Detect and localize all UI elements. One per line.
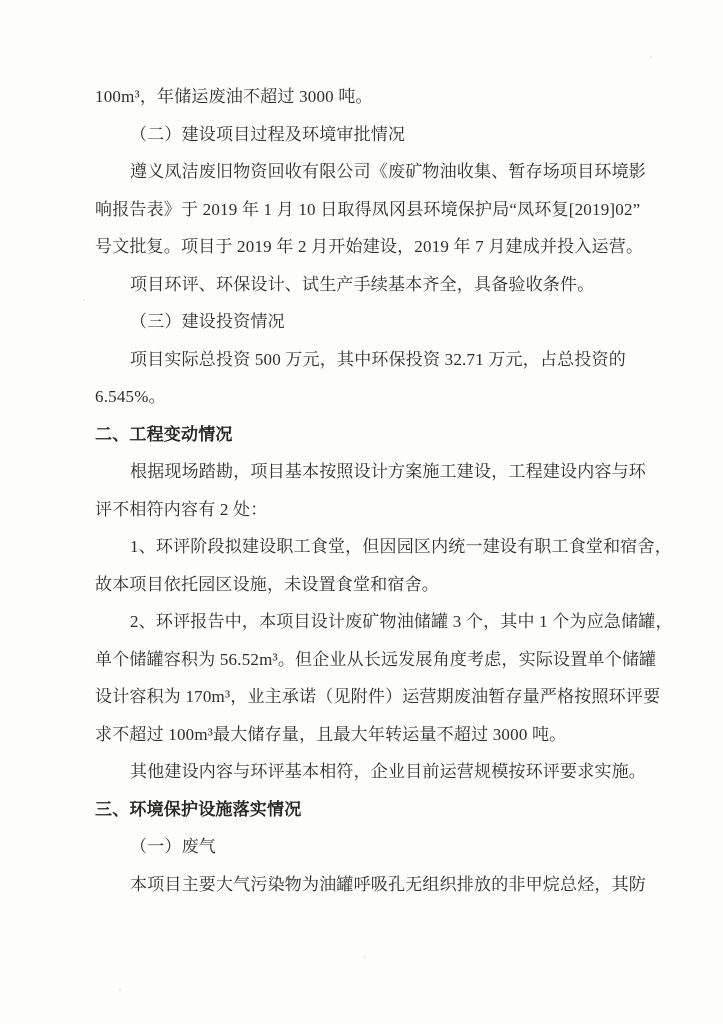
- doc-line-change-2: 2、环评报告中，本项目设计废矿物油储罐 3 个，其中 1 个为应急储罐，: [95, 603, 657, 641]
- doc-line-acceptance-conditions: 项目环评、环保设计、试生产手续基本齐全，具备验收条件。: [95, 266, 657, 304]
- doc-line-change-2-cont-3: 求不超过 100m³最大储存量，且最大年转运量不超过 3000 吨。: [95, 716, 657, 754]
- subheading-construction-process: （二）建设项目过程及环境审批情况: [95, 116, 657, 154]
- doc-line-investment-percent: 6.545%。: [95, 378, 657, 416]
- doc-line-change-2-cont-2: 设计容积为 170m³，业主承诺（见附件）运营期废油暂存量严格按照环评要: [95, 678, 657, 716]
- doc-line-change-2-cont-1: 单个储罐容积为 56.52m³。但企业从长远发展角度考虑，实际设置单个储罐: [95, 641, 657, 679]
- heading-env-protection-facilities: 三、环境保护设施落实情况: [95, 791, 657, 829]
- doc-line-site-survey: 根据现场踏勘，项目基本按照设计方案施工建设，工程建设内容与环: [95, 453, 657, 491]
- document-content: 100m³，年储运废油不超过 3000 吨。 （二）建设项目过程及环境审批情况 …: [95, 78, 657, 903]
- doc-line-approval-date: 响报告表》于 2019 年 1 月 10 日取得凤冈县环境保护局“凤环复[201…: [95, 191, 657, 229]
- scanned-document-page: 100m³，年储运废油不超过 3000 吨。 （二）建设项目过程及环境审批情况 …: [0, 0, 723, 1024]
- doc-line-storage-limit: 100m³，年储运废油不超过 3000 吨。: [95, 78, 657, 116]
- subheading-investment: （三）建设投资情况: [95, 303, 657, 341]
- doc-line-construction-dates: 号文批复。项目于 2019 年 2 月开始建设，2019 年 7 月建成并投入运…: [95, 228, 657, 266]
- doc-line-investment-amount: 项目实际总投资 500 万元，其中环保投资 32.71 万元，占总投资的: [95, 341, 657, 379]
- doc-line-change-1: 1、环评阶段拟建设职工食堂，但因园区内统一建设有职工食堂和宿舍，: [95, 528, 657, 566]
- doc-line-change-1-cont: 故本项目依托园区设施，未设置食堂和宿舍。: [95, 566, 657, 604]
- doc-line-air-pollutants: 本项目主要大气污染物为油罐呼吸孔无组织排放的非甲烷总烃，其防: [95, 866, 657, 904]
- doc-line-other-contents: 其他建设内容与环评基本相符，企业目前运营规模按环评要求实施。: [95, 753, 657, 791]
- subheading-waste-gas: （一）废气: [95, 828, 657, 866]
- doc-line-discrepancy-count: 评不相符内容有 2 处：: [95, 491, 657, 529]
- heading-project-changes: 二、工程变动情况: [95, 416, 657, 454]
- doc-line-company-report: 遵义凤洁废旧物资回收有限公司《废矿物油收集、暂存场项目环境影: [95, 153, 657, 191]
